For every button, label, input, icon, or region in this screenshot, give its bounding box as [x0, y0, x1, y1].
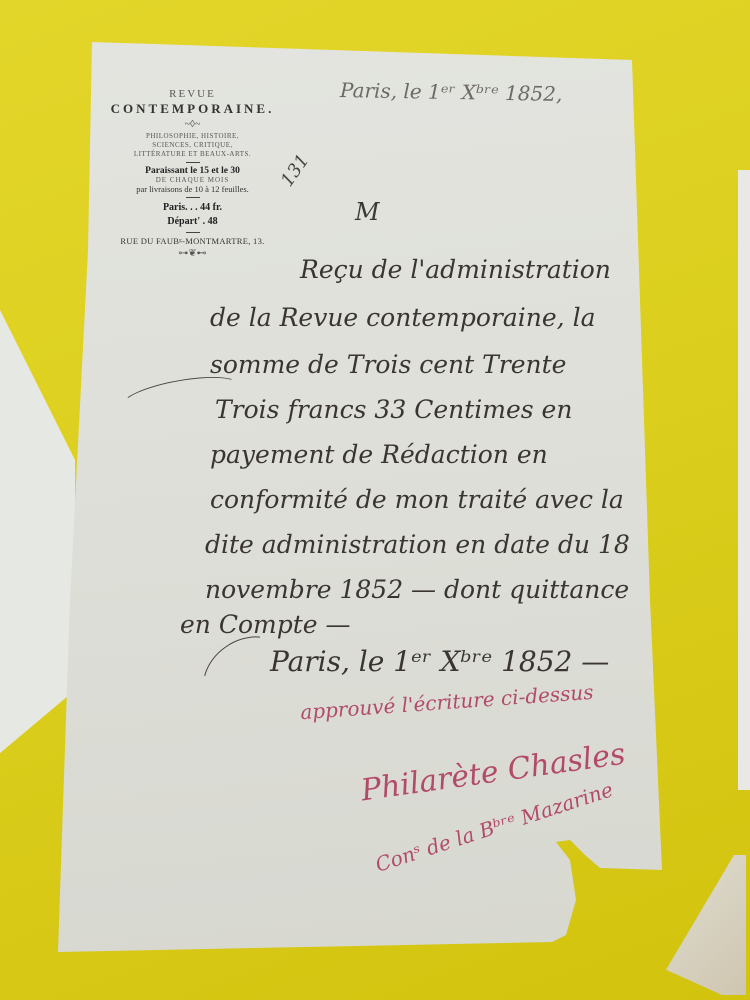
subject-line: SCIENCES, CRITIQUE, [100, 141, 285, 150]
body-line: payement de Rédaction en [210, 440, 548, 469]
body-line: Trois francs 33 Centimes en [215, 395, 572, 424]
frequency-sub: DE CHAQUE MOIS [100, 176, 285, 184]
body-line: Reçu de l'administration [300, 255, 611, 284]
body-line: novembre 1852 — dont quittance [205, 575, 629, 604]
publication-frequency: Paraissant le 15 et le 30 [100, 166, 285, 176]
closing-date: Paris, le 1ᵉʳ Xᵇʳᵉ 1852 — [270, 645, 609, 678]
adjacent-paper-right [738, 170, 750, 790]
struck-mark: M [355, 198, 380, 226]
address: RUE DU FAUBᵍ-MONTMARTRE, 13. [100, 236, 285, 246]
divider [186, 197, 200, 198]
body-line: somme de Trois cent Trente [210, 350, 566, 379]
divider [186, 232, 200, 233]
subject-line: LITTÉRATURE ET BEAUX-ARTS. [100, 150, 285, 159]
subject-line: PHILOSOPHIE, HISTOIRE, [100, 132, 285, 141]
adjacent-paper-left [0, 270, 75, 770]
letterhead: REVUE CONTEMPORAINE. ~◊~ PHILOSOPHIE, HI… [100, 88, 285, 261]
adjacent-paper-corner [666, 855, 746, 995]
body-line: en Compte — [180, 610, 351, 639]
body-line: de la Revue contemporaine, la [210, 303, 595, 332]
price-paris: Paris. . . 44 fr. [100, 201, 285, 215]
body-line: conformité de mon traité avec la [210, 485, 624, 514]
ornament-bottom-icon: ⊶❦⊷ [100, 248, 285, 259]
body-line: dite administration en date du 18 [205, 530, 630, 559]
letterhead-revue: REVUE [100, 88, 285, 100]
price-departement: Départ' . 48 [100, 215, 285, 229]
ornament-icon: ~◊~ [100, 119, 285, 130]
letterhead-subjects: PHILOSOPHIE, HISTOIRE, SCIENCES, CRITIQU… [100, 132, 285, 159]
letterhead-title: CONTEMPORAINE. [100, 101, 285, 117]
livraisons: par livraisons de 10 à 12 feuilles. [100, 184, 285, 194]
divider [186, 162, 200, 163]
header-date: Paris, le 1ᵉʳ Xᵇʳᵉ 1852, [340, 78, 563, 106]
